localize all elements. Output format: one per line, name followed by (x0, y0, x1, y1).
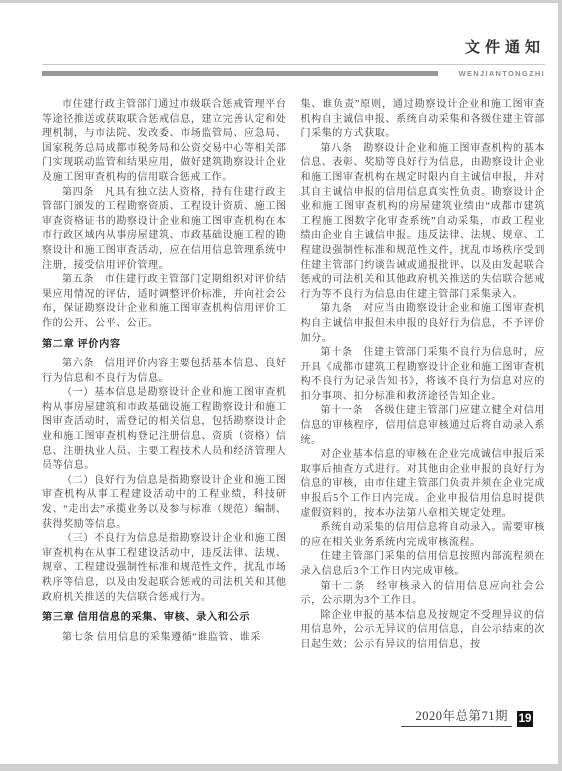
right-column: 集、谁负责”原则，通过勘察设计企业和施工图审查机构自主诚信申报、系统自动采集和各… (301, 98, 546, 653)
page-title: 文件通知 (465, 36, 545, 57)
paragraph: 市住建行政主管部门通过市级联合惩戒管理平台等途径推送或获取联合惩戒信息，建立完善… (42, 98, 287, 186)
paragraph: 系统自动采集的信用信息将自动录入。需要审核的应在相关业务系统内完成审核流程。 (301, 521, 546, 550)
paragraph: 第六条 信用评价内容主要包括基本信息、良好行为信息和不良行为信息。 (42, 357, 287, 386)
section-heading: 第二章 评价内容 (42, 338, 287, 353)
header-bar-row: WENJIANTONGZHI (42, 69, 545, 78)
paragraph: 住建主管部门采集的信用信息按照内部流程须在录入信息后3个工作日内完成审核。 (301, 550, 546, 579)
paragraph: 除企业申报的基本信息及按规定不受理异议的信用信息外，公示无异议的信用信息，自公示… (301, 609, 546, 653)
paragraph: 第十一条 各级住建主管部门应建立健全对信用信息的审核程序，信用信息审核通过后将自… (301, 404, 546, 448)
paragraph: （三）不良行为信息是指勘察设计企业和施工图审查机构在从事工程建设活动中，违反法律… (42, 532, 287, 605)
header-rule (42, 64, 545, 65)
left-column: 市住建行政主管部门通过市级联合惩戒管理平台等途径推送或获取联合惩戒信息，建立完善… (42, 98, 287, 653)
section-heading: 第三章 信用信息的采集、审核、录入和公示 (42, 611, 287, 626)
paragraph: 第五条 市住建行政主管部门定期组织对评价结果应用情况的评估，适时调整评价标准，并… (42, 273, 287, 331)
paragraph: 第八条 勘察设计企业和施工图审查机构的基本信息、表彰、奖励等良好行为信息，由勘察… (301, 142, 546, 303)
footer: 2020年总第71期 19 (401, 706, 533, 727)
paragraph: 第十条 住建主管部门采集不良行为信息时，应开具《成都市建筑工程勘察设计企业和施工… (301, 346, 546, 404)
page-number-badge: 19 (517, 711, 533, 727)
paragraph: 第七条 信用信息的采集遵循“谁监管、谁采 (42, 631, 287, 646)
page-sheet: 文件通知 WENJIANTONGZHI 市住建行政主管部门通过市级联合惩戒管理平… (0, 3, 558, 764)
header-bar (42, 71, 438, 76)
header: 文件通知 (42, 36, 545, 57)
paragraph: 第九条 对应当由勘察设计企业和施工图审查机构自主诚信申报但未申报的良好行为信息，… (301, 302, 546, 346)
paragraph: 第四条 凡具有独立法人资格，持有住建行政主管部门颁发的工程勘察资质、工程设计资质… (42, 186, 287, 274)
paragraph: 对企业基本信息的审核在企业完成诚信申报后采取事后抽查方式进行。对其他由企业申报的… (301, 448, 546, 521)
paragraph: （二）良好行为信息是指勘察设计企业和施工图审查机构从事工程建设活动中的工程业绩，… (42, 474, 287, 532)
page-subtitle: WENJIANTONGZHI (445, 69, 545, 78)
issue-label: 2020年总第71期 (401, 706, 512, 727)
paragraph: （一）基本信息是勘察设计企业和施工图审查机构从事房屋建筑和市政基础设施工程勘察设… (42, 386, 287, 474)
paragraph: 第十二条 经审核录入的信用信息应向社会公示，公示期为3个工作日。 (301, 580, 546, 609)
paragraph: 集、谁负责”原则，通过勘察设计企业和施工图审查机构自主诚信申报、系统自动采集和各… (301, 98, 546, 142)
text-columns: 市住建行政主管部门通过市级联合惩戒管理平台等途径推送或获取联合惩戒信息，建立完善… (42, 98, 545, 653)
page-content: 文件通知 WENJIANTONGZHI 市住建行政主管部门通过市级联合惩戒管理平… (0, 3, 558, 653)
